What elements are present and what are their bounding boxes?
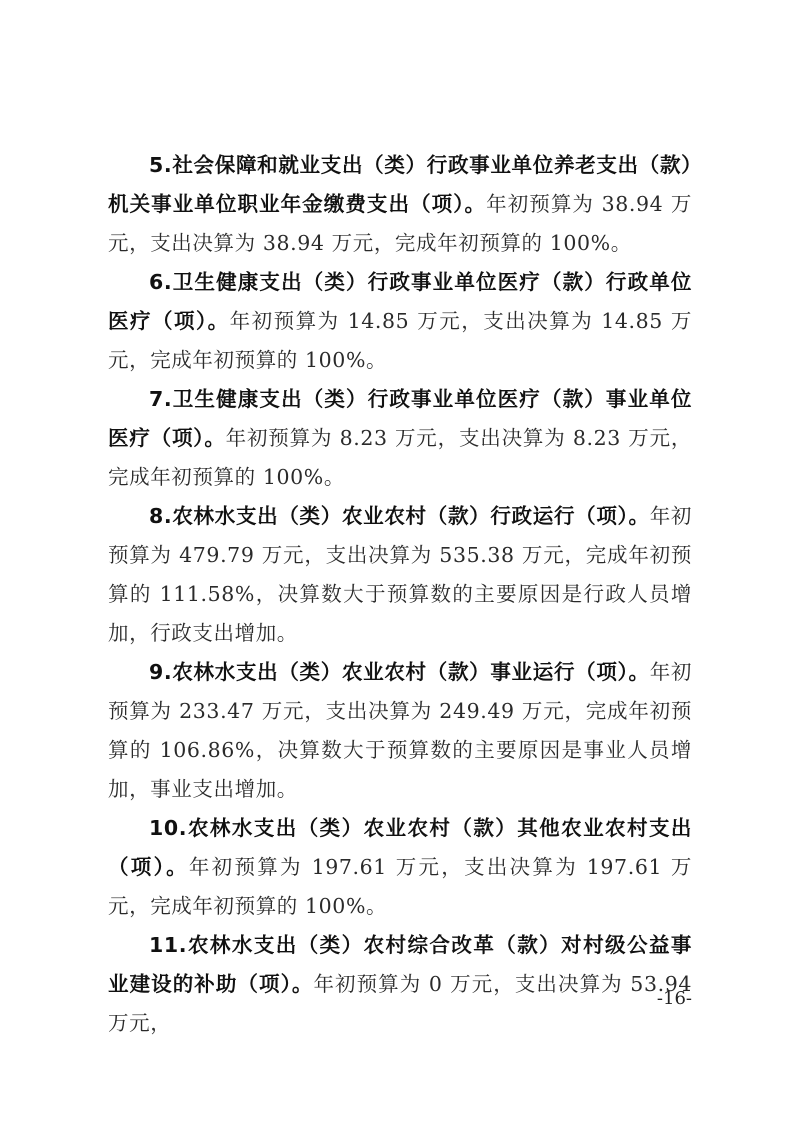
paragraph-item-5: 5.社会保障和就业支出（类）行政事业单位养老支出（款）机关事业单位职业年金缴费支… [108,146,692,263]
document-page: 5.社会保障和就业支出（类）行政事业单位养老支出（款）机关事业单位职业年金缴费支… [108,146,692,1043]
paragraph-heading: 9.农林水支出（类）农业农村（款）事业运行（项）。 [149,660,650,684]
paragraph-item-11: 11.农林水支出（类）农村综合改革（款）对村级公益事业建设的补助（项）。年初预算… [108,926,692,1043]
page-number: -16- [657,988,692,1009]
paragraph-heading: 8.农林水支出（类）农业农村（款）行政运行（项）。 [149,504,650,528]
paragraph-item-8: 8.农林水支出（类）农业农村（款）行政运行（项）。年初预算为 479.79 万元… [108,497,692,653]
paragraph-item-9: 9.农林水支出（类）农业农村（款）事业运行（项）。年初预算为 233.47 万元… [108,653,692,809]
paragraph-item-7: 7.卫生健康支出（类）行政事业单位医疗（款）事业单位医疗（项）。年初预算为 8.… [108,380,692,497]
paragraph-item-6: 6.卫生健康支出（类）行政事业单位医疗（款）行政单位医疗（项）。年初预算为 14… [108,263,692,380]
paragraph-body: 年初预算为 197.61 万元，支出决算为 197.61 万元，完成年初预算的 … [108,855,692,918]
paragraph-item-10: 10.农林水支出（类）农业农村（款）其他农业农村支出（项）。年初预算为 197.… [108,809,692,926]
